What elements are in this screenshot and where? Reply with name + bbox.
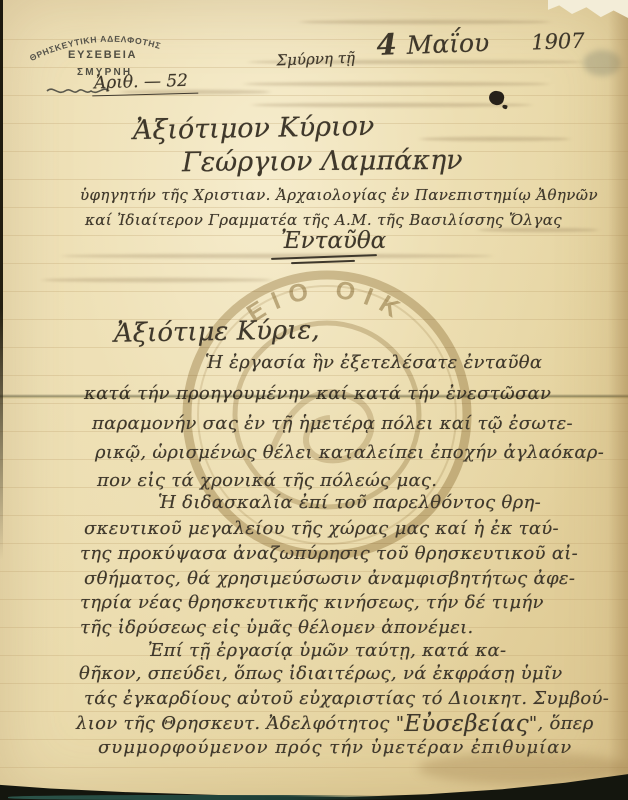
body-line: ρικῷ, ὡρισμένως θέλει καταλείπει ἐποχήν … bbox=[95, 442, 604, 463]
reference-number: Ἀριθ. — 52 bbox=[92, 71, 199, 97]
salutation: Ἀξιότιμε Κύριε, bbox=[114, 315, 320, 349]
body-line: τάς ἐγκαρδίους αὐτοῦ εὐχαριστίας τό Διοι… bbox=[84, 688, 609, 709]
body-line: σκευτικοῦ μεγαλείου τῆς χώρας μας καί ἡ … bbox=[84, 518, 559, 539]
body-line: Ἡ διδασκαλία ἐπί τοῦ παρελθόντος θρη- bbox=[158, 492, 541, 513]
body-line: λιον τῆς Θρησκευτ. Ἀδελφότητος "Εὐσεβεία… bbox=[76, 711, 594, 737]
scan-edge-left bbox=[0, 0, 3, 560]
body-line: της προκύψασα ἀναζωπύρησις τοῦ θρησκευτι… bbox=[80, 543, 578, 564]
body-line: τῆς ἱδρύσεως εἰς ὑμᾶς θέλομεν ἀπονέμει. bbox=[80, 617, 474, 638]
scanned-letter-page: ΕΙΟ ΟΙΚ ΘΡΗΣΚΕΥΤΙΚΗ ΑΔΕΛΦΟΤΗΣ ΕΥΣΕΒΕΙΑ Σ… bbox=[0, 0, 628, 800]
scan-edge-highlight bbox=[8, 795, 408, 800]
bleedthrough-ghost-line bbox=[420, 137, 570, 141]
letterhead-organization: ΕΥΣΕΒΕΙΑ bbox=[68, 49, 137, 61]
fold-line bbox=[0, 394, 628, 399]
recipient-name: Γεώργιον Λαμπάκην bbox=[182, 145, 463, 178]
letterhead-arc: ΘΡΗΣΚΕΥΤΙΚΗ ΑΔΕΛΦΟΤΗΣ bbox=[26, 22, 178, 68]
recipient-here-line: Ἐνταῦθα bbox=[281, 228, 386, 254]
date-month: Μαΐου bbox=[406, 28, 490, 60]
recipient-title-1: ὑφηγητήν τῆς Χριστιαν. Ἀρχαιολογίας ἐν Π… bbox=[80, 186, 598, 204]
recipient-honorific: Ἀξιότιμον Κύριον bbox=[133, 111, 375, 146]
body-line: Ἡ ἐργασία ἣν ἐξετελέσατε ἐνταῦθα bbox=[205, 352, 542, 373]
body-line-text: λιον τῆς Θρησκευτ. Ἀδελφότητος " bbox=[76, 713, 404, 734]
bleedthrough-ghost-line bbox=[244, 82, 549, 86]
body-line: σθήματος, θά χρησιμεύσωσιν ἀναμφισβητήτω… bbox=[84, 568, 575, 589]
body-line: θῆκον, σπεύδει, ὅπως ἰδιαιτέρως, νά ἐκφρ… bbox=[79, 663, 563, 684]
date-year: 1907 bbox=[531, 29, 585, 55]
edge-shading bbox=[608, 0, 628, 800]
body-line: πον εἰς τά χρονικά τῆς πόλεώς μας. bbox=[97, 470, 437, 491]
recipient-title-2: καί Ἰδιαίτερον Γραμματέα τῆς Α.Μ. τῆς Βα… bbox=[85, 211, 562, 229]
body-line: τηρία νέας θρησκευτικῆς κινήσεως, τήν δέ… bbox=[80, 592, 544, 613]
body-line: Ἐπί τῇ ἐργασίᾳ ὑμῶν ταύτῃ, κατά κα- bbox=[148, 640, 506, 661]
date-place: Σμύρνη τῇ bbox=[276, 49, 355, 70]
brotherhood-name-emphasis: Εὐσεβείας bbox=[404, 711, 529, 737]
date-day: 4 bbox=[376, 27, 397, 62]
bleedthrough-ghost-line bbox=[252, 103, 532, 107]
body-line: παραμονήν σας ἐν τῇ ἡμετέρᾳ πόλει καί τῷ… bbox=[92, 413, 573, 434]
body-line-text: ", ὅπερ bbox=[529, 713, 594, 734]
